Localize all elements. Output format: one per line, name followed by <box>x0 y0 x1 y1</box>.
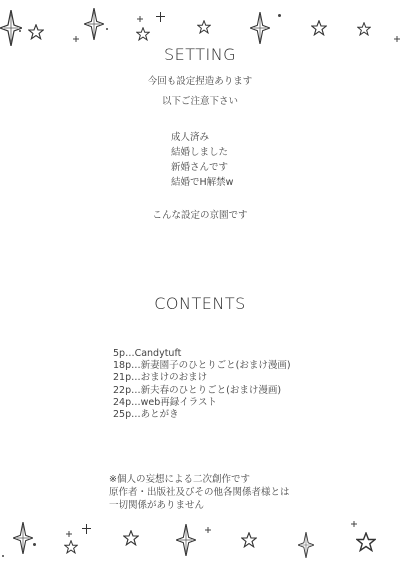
small-cross-icon <box>156 12 165 22</box>
contents-heading: CONTENTS <box>0 294 400 313</box>
setting-items-list: 成人済み 結婚しました 新婚さんです 結婚でH解禁w <box>171 130 233 190</box>
setting-item: 結婚しました <box>171 145 233 160</box>
contents-entry: 24p…web再録イラスト <box>113 397 291 409</box>
star-icon <box>241 532 257 548</box>
disclaimer-line: 一切関係がありません <box>109 499 290 512</box>
sparkle-star-icon <box>250 12 270 44</box>
small-cross-icon <box>205 527 211 533</box>
small-cross-icon <box>137 16 143 22</box>
small-cross-icon <box>394 36 400 42</box>
disclaimer: ※個人の妄想による二次創作です 原作者・出版社及びその他各関係者様とは 一切関係… <box>109 473 290 512</box>
star-icon <box>28 24 44 40</box>
dot-icon <box>106 28 108 30</box>
setting-intro-line-1: 今回も設定捏造あります <box>0 73 400 87</box>
dot-icon <box>33 543 36 546</box>
dot-icon <box>2 555 4 557</box>
contents-entry: 5p…Candytuft <box>113 348 291 360</box>
star-icon <box>357 22 371 36</box>
disclaimer-line: ※個人の妄想による二次創作です <box>109 473 290 486</box>
sparkle-star-icon <box>13 522 33 554</box>
star-icon <box>356 532 376 552</box>
star-icon <box>136 27 150 41</box>
sparkle-star-icon <box>176 524 196 556</box>
setting-heading: SETTING <box>0 45 400 64</box>
star-icon <box>311 20 327 36</box>
small-cross-icon <box>351 521 357 527</box>
sparkle-star-icon <box>298 532 314 558</box>
sparkle-star-icon <box>0 10 22 46</box>
small-cross-icon <box>66 531 72 537</box>
setting-summary: こんな設定の京園です <box>0 207 400 221</box>
contents-entry: 25p…あとがき <box>113 409 291 421</box>
setting-item: 成人済み <box>171 130 233 145</box>
contents-entry: 21p…おまけのおまけ <box>113 372 291 384</box>
contents-entry: 22p…新夫春のひとりごと(おまけ漫画) <box>113 385 291 397</box>
setting-item: 新婚さんです <box>171 160 233 175</box>
sparkle-star-icon <box>84 8 104 40</box>
setting-item: 結婚でH解禁w <box>171 175 233 190</box>
contents-list: 5p…Candytuft 18p…新妻園子のひとりごと(おまけ漫画) 21p…お… <box>113 348 291 421</box>
contents-entry: 18p…新妻園子のひとりごと(おまけ漫画) <box>113 360 291 372</box>
star-icon <box>64 540 78 554</box>
star-icon <box>197 20 211 34</box>
setting-intro-line-2: 以下ご注意下さい <box>0 93 400 107</box>
disclaimer-line: 原作者・出版社及びその他各関係者様とは <box>109 486 290 499</box>
small-cross-icon <box>82 524 91 534</box>
star-icon <box>123 530 139 546</box>
small-cross-icon <box>73 36 79 42</box>
dot-icon <box>19 30 21 32</box>
dot-icon <box>278 14 281 17</box>
